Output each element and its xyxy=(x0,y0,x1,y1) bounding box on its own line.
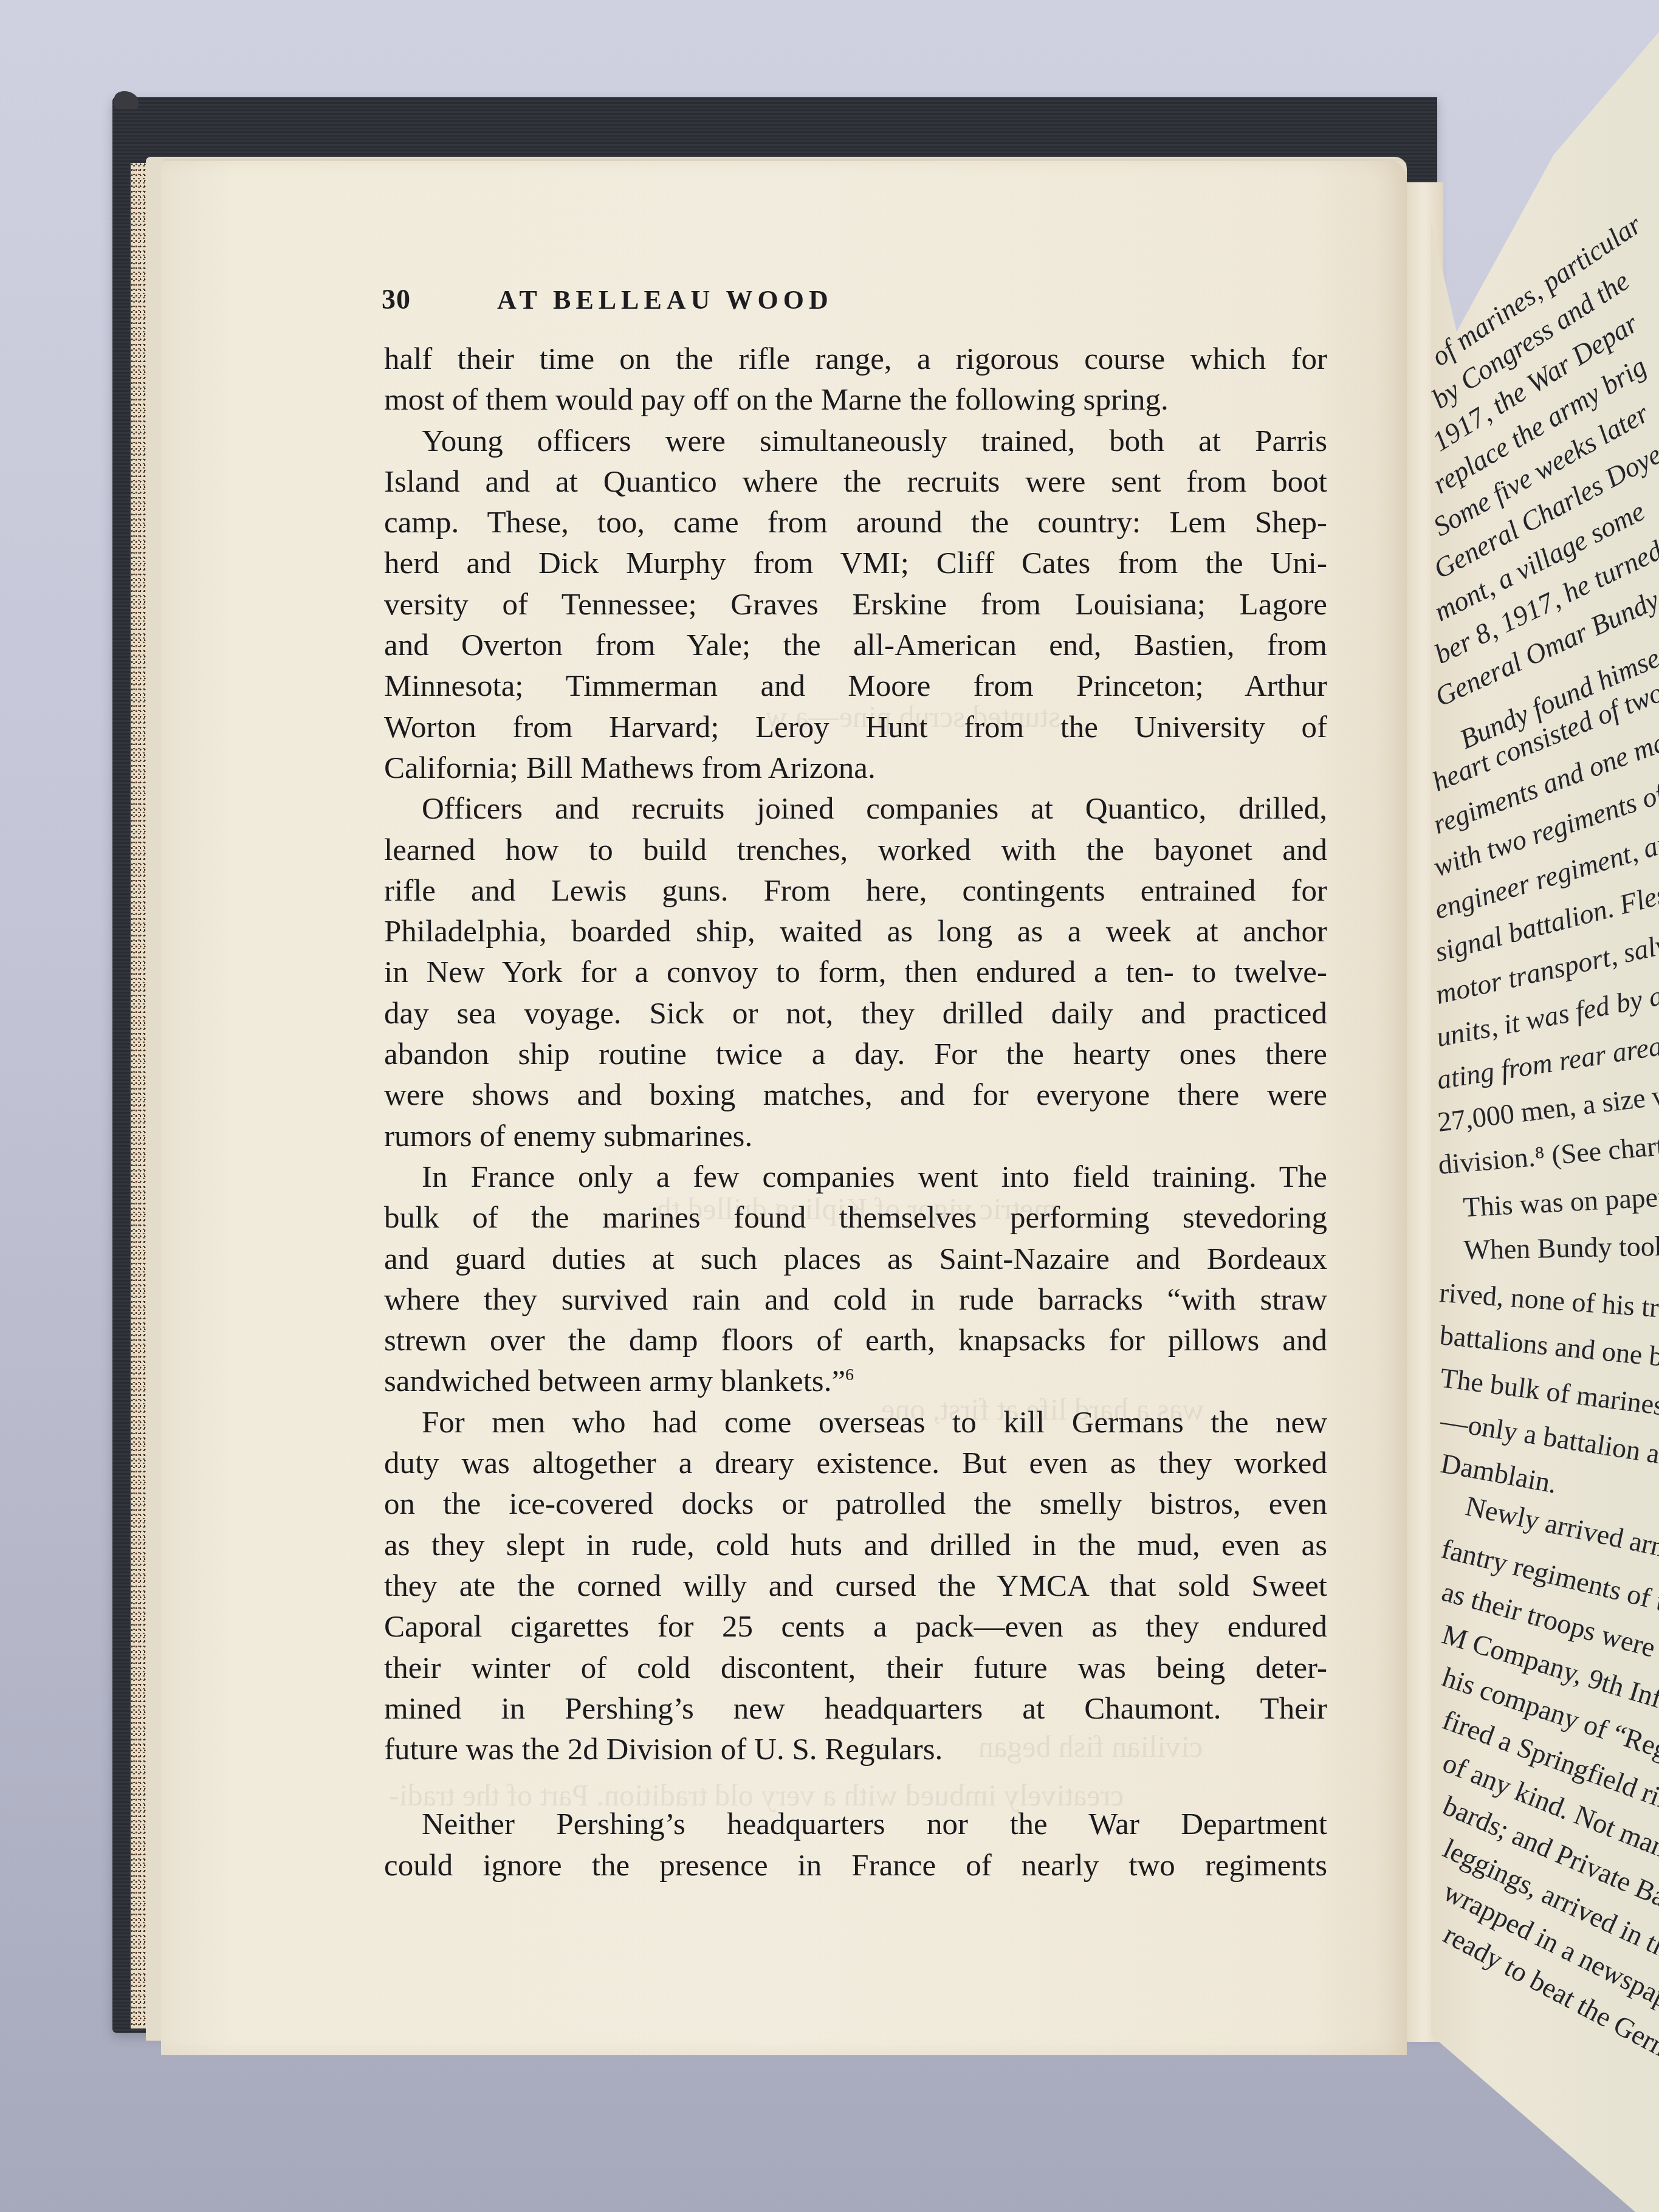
text-line: bulk of the marines found themselves per… xyxy=(384,1198,1327,1238)
text-line: Minnesota; Timmerman and Moore from Prin… xyxy=(384,666,1327,707)
text-line: and guard duties at such places as Saint… xyxy=(384,1239,1327,1280)
text-line: Young officers were simultaneously train… xyxy=(384,421,1327,462)
cover-frayed-corner xyxy=(114,91,139,109)
text-line: herd and Dick Murphy from VMI; Cliff Cat… xyxy=(384,543,1327,584)
text-line-content: For men who had come overseas to kill Ge… xyxy=(422,1406,1327,1440)
text-line-content: Officers and recruits joined companies a… xyxy=(422,792,1327,826)
text-line: where they survived rain and cold in rud… xyxy=(384,1280,1327,1321)
text-line-content: on the ice-covered docks or patrolled th… xyxy=(384,1487,1327,1521)
text-line: sandwiched between army blankets.”6 xyxy=(384,1361,1327,1402)
text-line: could ignore the presence in France of n… xyxy=(384,1846,1327,1886)
text-line-content: versity of Tennessee; Graves Erskine fro… xyxy=(384,588,1327,622)
text-line: their winter of cold discontent, their f… xyxy=(384,1648,1327,1689)
right-page-line: rived, none of his tra xyxy=(1438,1276,1659,1325)
text-line: most of them would pay off on the Marne … xyxy=(384,380,1327,421)
text-line: on the ice-covered docks or patrolled th… xyxy=(384,1484,1327,1525)
text-line-content: as they slept in rude, cold huts and dri… xyxy=(384,1528,1327,1562)
text-line-content: half their time on the rifle range, a ri… xyxy=(384,342,1327,376)
text-line: California; Bill Mathews from Arizona. xyxy=(384,748,1327,789)
text-line-content: sandwiched between army blankets.” xyxy=(384,1364,845,1398)
text-line: Philadelphia, boarded ship, waited as lo… xyxy=(384,912,1327,952)
text-line-content: abandon ship routine twice a day. For th… xyxy=(384,1037,1327,1071)
text-line: duty was altogether a dreary existence. … xyxy=(384,1443,1327,1484)
text-line-content: in New York for a convoy to form, then e… xyxy=(384,955,1327,989)
text-line-content: bulk of the marines found themselves per… xyxy=(384,1201,1327,1235)
right-page-text: of marines, particularby Congress and th… xyxy=(1431,0,1659,2212)
text-line: in New York for a convoy to form, then e… xyxy=(384,952,1327,993)
text-line: In France only a few companies went into… xyxy=(384,1157,1327,1198)
text-line-content: mined in Pershing’s new headquarters at … xyxy=(384,1692,1327,1726)
text-line-content: In France only a few companies went into… xyxy=(422,1160,1327,1194)
text-line: they ate the corned willy and cursed the… xyxy=(384,1566,1327,1607)
text-line-content: rifle and Lewis guns. From here, conting… xyxy=(384,874,1327,908)
text-line: half their time on the rifle range, a ri… xyxy=(384,339,1327,380)
text-line-content: most of them would pay off on the Marne … xyxy=(384,383,1169,417)
text-line: mined in Pershing’s new headquarters at … xyxy=(384,1689,1327,1729)
running-header: 30 AT BELLEAU WOOD xyxy=(382,283,833,320)
book-photo: stunted scrub pine—a w metric vigor of K… xyxy=(0,0,1659,2212)
text-line-content: future was the 2d Division of U. S. Regu… xyxy=(384,1733,943,1767)
text-line: as they slept in rude, cold huts and dri… xyxy=(384,1525,1327,1566)
text-line: and Overton from Yale; the all-American … xyxy=(384,625,1327,666)
text-line: camp. These, too, came from around the c… xyxy=(384,503,1327,543)
text-line: rifle and Lewis guns. From here, conting… xyxy=(384,871,1327,912)
right-page-line: division.⁸ (See charts p xyxy=(1437,1127,1659,1181)
text-line-content: could ignore the presence in France of n… xyxy=(384,1849,1327,1883)
text-line: Officers and recruits joined companies a… xyxy=(384,789,1327,829)
running-head-title: AT BELLEAU WOOD xyxy=(497,284,833,315)
text-line-content: herd and Dick Murphy from VMI; Cliff Cat… xyxy=(384,546,1327,580)
text-line-content: Minnesota; Timmerman and Moore from Prin… xyxy=(384,669,1327,703)
text-line: learned how to build trenches, worked wi… xyxy=(384,830,1327,871)
text-line-content: rumors of enemy submarines. xyxy=(384,1119,752,1153)
text-line-content: duty was altogether a dreary existence. … xyxy=(384,1446,1327,1480)
right-page-line: This was on paper. xyxy=(1462,1180,1659,1223)
text-line-content: were shows and boxing matches, and for e… xyxy=(384,1078,1327,1112)
text-line-content: Philadelphia, boarded ship, waited as lo… xyxy=(384,915,1327,949)
text-line-content: where they survived rain and cold in rud… xyxy=(384,1283,1327,1317)
footnote-marker: 6 xyxy=(845,1365,854,1384)
text-line: For men who had come overseas to kill Ge… xyxy=(384,1403,1327,1443)
text-line-content: their winter of cold discontent, their f… xyxy=(384,1651,1327,1685)
text-line-content: learned how to build trenches, worked wi… xyxy=(384,833,1327,867)
text-line: Island and at Quantico where the recruit… xyxy=(384,462,1327,503)
text-line-content: Worton from Harvard; Leroy Hunt from the… xyxy=(384,710,1327,744)
text-line: strewn over the damp floors of earth, kn… xyxy=(384,1321,1327,1361)
body-text: half their time on the rifle range, a ri… xyxy=(384,339,1327,1886)
text-line-content: day sea voyage. Sick or not, they drille… xyxy=(384,997,1327,1031)
text-line-content: Neither Pershing’s headquarters nor the … xyxy=(422,1807,1327,1841)
text-line-content: Island and at Quantico where the recruit… xyxy=(384,465,1327,499)
text-line: rumors of enemy submarines. xyxy=(384,1116,1327,1157)
text-line: future was the 2d Division of U. S. Regu… xyxy=(384,1729,1327,1770)
right-page-line: When Bundy took xyxy=(1463,1230,1659,1266)
text-line-content: they ate the corned willy and cursed the… xyxy=(384,1569,1327,1603)
page-number: 30 xyxy=(382,283,411,315)
text-line-content: Young officers were simultaneously train… xyxy=(422,424,1327,458)
text-line-content: Caporal cigarettes for 25 cents a pack—e… xyxy=(384,1610,1327,1644)
text-line: Neither Pershing’s headquarters nor the … xyxy=(384,1804,1327,1845)
text-line-content: strewn over the damp floors of earth, kn… xyxy=(384,1324,1327,1358)
text-line-content: California; Bill Mathews from Arizona. xyxy=(384,751,876,785)
text-line: versity of Tennessee; Graves Erskine fro… xyxy=(384,585,1327,625)
text-line: day sea voyage. Sick or not, they drille… xyxy=(384,994,1327,1034)
text-line-content: and Overton from Yale; the all-American … xyxy=(384,628,1327,662)
text-line: Worton from Harvard; Leroy Hunt from the… xyxy=(384,707,1327,748)
speckled-page-edge xyxy=(131,163,146,2028)
right-page-line: Damblain. xyxy=(1438,1447,1559,1500)
text-line: Caporal cigarettes for 25 cents a pack—e… xyxy=(384,1607,1327,1647)
text-line: abandon ship routine twice a day. For th… xyxy=(384,1034,1327,1075)
text-line-content: and guard duties at such places as Saint… xyxy=(384,1242,1327,1276)
text-line-content: camp. These, too, came from around the c… xyxy=(384,506,1327,540)
text-line: were shows and boxing matches, and for e… xyxy=(384,1075,1327,1116)
